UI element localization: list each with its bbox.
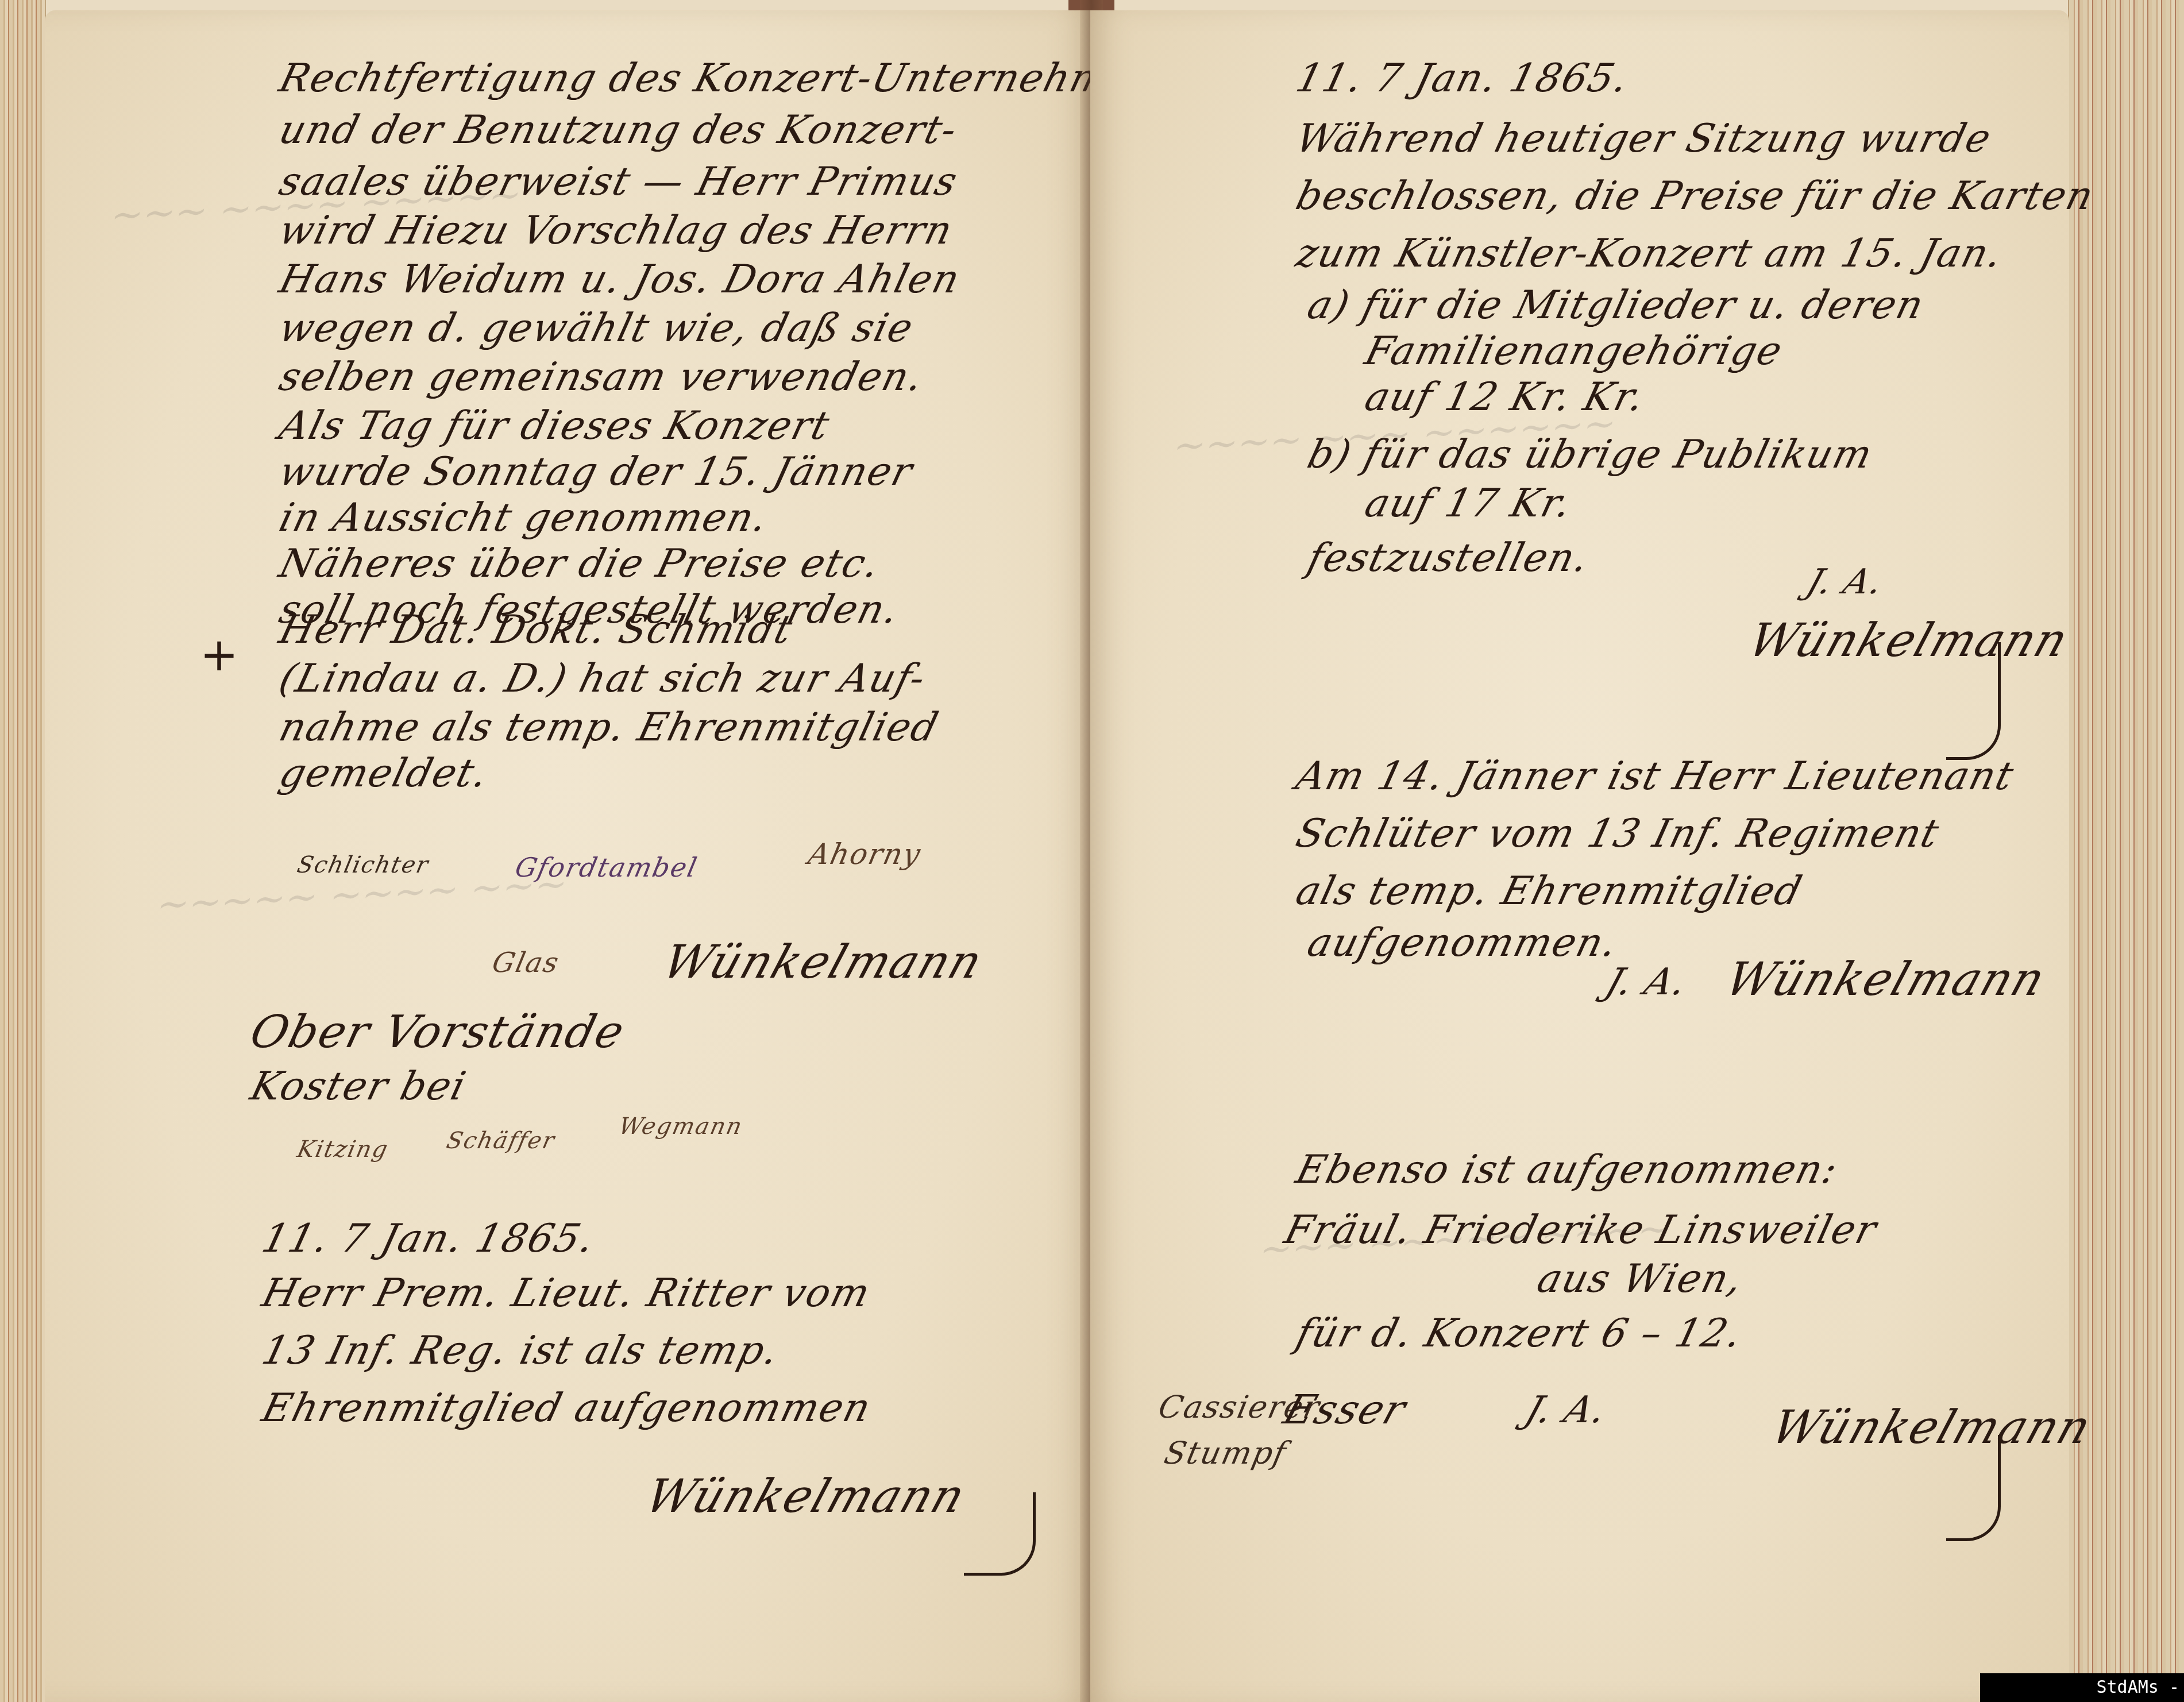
- signature: Wünkelmann: [657, 935, 990, 989]
- left-line-3: saales überweist — Herr Primus: [276, 163, 962, 202]
- entry2-date: 11. 7 Jan. 1865.: [258, 1219, 599, 1259]
- r-entry2-line-1: Am 14. Jänner ist Herr Lieutenant: [1292, 757, 2018, 796]
- entry2-line-1: Herr Prem. Lieut. Ritter vom: [258, 1274, 875, 1313]
- right-page-edges: [2068, 0, 2184, 1702]
- left-line-6: wegen d. gewählt wie, daß sie: [276, 309, 918, 348]
- r-entry1-line-3: zum Künstler-Konzert am 15. Jan.: [1292, 234, 2007, 273]
- r-entry1-date: 11. 7 Jan. 1865.: [1292, 59, 1633, 98]
- name-schlichter: Schlichter: [295, 852, 431, 878]
- left-line-15: nahme als temp. Ehrenmitglied: [276, 708, 943, 747]
- left-line-2: und der Benutzung des Konzert-: [276, 111, 962, 150]
- left-line-5: Hans Weidum u. Jos. Dora Ahlen: [276, 260, 964, 299]
- r-entry1-line-4: a) für die Mitglieder u. deren: [1304, 286, 1928, 325]
- name-ahorny: Ahorny: [805, 838, 924, 871]
- left-line-4: wird Hiezu Vorschlag des Herrn: [276, 211, 957, 250]
- r-entry1-sig-prefix: J. A.: [1802, 562, 1890, 602]
- r-entry1-line-7: b) für das übrige Publikum: [1304, 435, 1877, 474]
- r-entry2-line-3: als temp. Ehrenmitglied: [1292, 872, 1807, 911]
- small-name-2: Schäffer: [444, 1128, 558, 1154]
- r-entry2-line-4: aufgenommen.: [1304, 924, 1622, 963]
- right-page: ~~~~ ~~~ ~~~~~~ ~~~ ~~~~~ ~~~~ 11. 7 Jan…: [1090, 10, 2069, 1702]
- r-entry3-signature: Wünkelmann: [1765, 1400, 2098, 1454]
- left-line-9: wurde Sonntag der 15. Jänner: [276, 453, 917, 492]
- r-entry1-line-9: festzustellen.: [1304, 539, 1593, 578]
- signature-flourish: [1946, 1435, 2001, 1541]
- margin-plus-mark: +: [200, 628, 238, 681]
- r-entry2-sig-prefix: J. A.: [1600, 961, 1693, 1004]
- r-entry3-line-2: Fräul. Friederike Linsweiler: [1281, 1211, 1881, 1250]
- r-entry1-signature: Wünkelmann: [1742, 613, 2075, 667]
- small-name-1: Kitzing: [295, 1136, 391, 1163]
- r-entry3-line-4: für d. Konzert 6 – 12.: [1292, 1314, 1747, 1353]
- entry2-signature: Wünkelmann: [639, 1469, 973, 1523]
- r-margin-note-2: Stumpf: [1161, 1435, 1290, 1471]
- left-page: ~~~ ~~~~ ~~~~~ ~~~~~ ~~~~ ~~~ Rechtferti…: [45, 10, 1090, 1702]
- left-line-8: Als Tag für dieses Konzert: [276, 407, 834, 446]
- left-line-10: in Aussicht genommen.: [276, 499, 773, 538]
- left-line-13: Herr Dat. Dokt. Schmidt: [276, 611, 797, 650]
- r-entry3-sig-prefix: J. A.: [1520, 1389, 1613, 1431]
- r-entry1-line-2: beschlossen, die Preise für die Karten: [1292, 177, 2098, 216]
- small-name-3: Wegmann: [616, 1113, 745, 1140]
- left-line-14: (Lindau a. D.) hat sich zur Auf-: [276, 659, 930, 698]
- closing-line-1: Ober Vorstände: [246, 1010, 629, 1055]
- entry2-line-3: Ehrenmitglied aufgenommen: [258, 1389, 875, 1428]
- signature-flourish: [964, 1492, 1036, 1576]
- left-line-7: selben gemeinsam verwenden.: [276, 358, 928, 397]
- r-margin-name: Esser: [1278, 1386, 1413, 1433]
- signature-flourish: [1946, 642, 2001, 760]
- archive-label: StdAMs - MV_002a_028: [1980, 1673, 2184, 1702]
- r-entry3-line-3: aus Wien,: [1534, 1260, 1747, 1299]
- r-entry2-line-2: Schlüter vom 13 Inf. Regiment: [1292, 815, 1943, 854]
- name-purple-ink: Gfordtambel: [512, 852, 700, 883]
- signature-prefix: Glas: [489, 947, 562, 979]
- left-line-11: Näheres über die Preise etc.: [276, 545, 884, 584]
- left-line-1: Rechtfertigung des Konzert-Unternehmers: [276, 59, 1179, 98]
- r-entry1-line-1: Während heutiger Sitzung wurde: [1292, 119, 1996, 159]
- left-line-16: gemeldet.: [276, 754, 493, 793]
- left-page-edges: [0, 0, 46, 1702]
- r-entry1-line-8: auf 17 Kr.: [1361, 484, 1576, 523]
- r-entry3-line-1: Ebenso ist aufgenommen:: [1292, 1151, 1842, 1190]
- r-entry1-line-6: auf 12 Kr. Kr.: [1361, 378, 1649, 417]
- r-entry2-signature: Wünkelmann: [1719, 952, 2052, 1006]
- entry2-line-2: 13 Inf. Reg. ist als temp.: [258, 1332, 784, 1371]
- closing-line-2: Koster bei: [247, 1067, 470, 1106]
- r-entry1-line-5: Familienangehörige: [1361, 332, 1787, 371]
